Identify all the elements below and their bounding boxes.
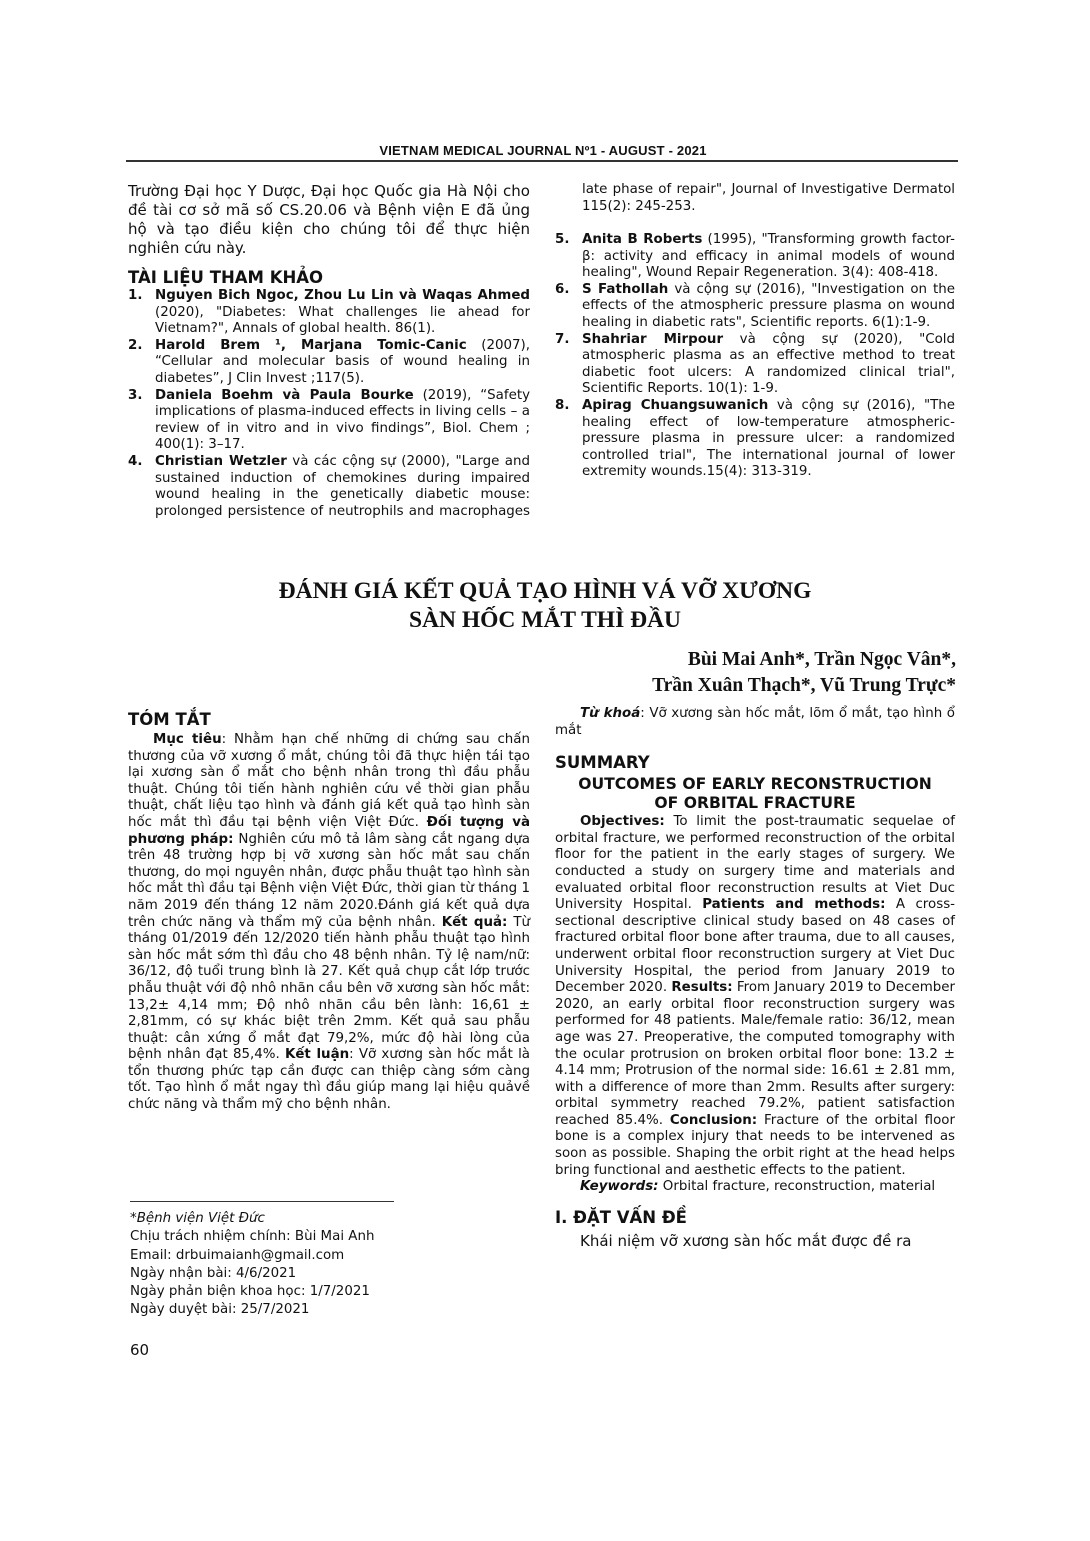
- intro-text: Khái niệm vỡ xương sàn hốc mắt được đề r…: [555, 1231, 955, 1251]
- references-column-left: Trường Đại học Y Dược, Đại học Quốc gia …: [128, 182, 530, 520]
- reference-item: 5.Anita B Roberts (1995), "Transforming …: [555, 232, 955, 282]
- reference-item: 8.Apirag Chuangsuwanich và cộng sự (2016…: [555, 398, 955, 481]
- reference-item: 4.Christian Wetzler và các cộng sự (2000…: [128, 454, 530, 520]
- reference-item: 2.Harold Brem ¹, Marjana Tomic-Canic (20…: [128, 338, 530, 388]
- abstract-vietnamese: TÓM TẮT Mục tiêu: Nhằm hạn chế những di …: [128, 710, 530, 1114]
- affiliation: *Bệnh viện Việt Đức: [130, 1210, 530, 1228]
- article-title: ĐÁNH GIÁ KẾT QUẢ TẠO HÌNH VÁ VỠ XƯƠNG SÀ…: [200, 577, 890, 635]
- abstract-english-column: Từ khoá: Vỡ xương sàn hốc mắt, lõm ổ mắt…: [555, 706, 955, 1251]
- email: Email: drbuimaianh@gmail.com: [130, 1247, 530, 1265]
- acknowledgement: Trường Đại học Y Dược, Đại học Quốc gia …: [128, 182, 530, 258]
- page-number: 60: [130, 1341, 149, 1359]
- footnotes: *Bệnh viện Việt Đức Chịu trách nhiệm chí…: [130, 1210, 530, 1320]
- references-heading: TÀI LIỆU THAM KHẢO: [128, 268, 530, 288]
- reference-item: 6.S Fathollah và cộng sự (2016), "Invest…: [555, 282, 955, 332]
- summary-title: OUTCOMES OF EARLY RECONSTRUCTION OF ORBI…: [555, 775, 955, 813]
- references-column-right: 4.Christian Wetzler và các cộng sự (2000…: [555, 182, 955, 481]
- date-accepted: Ngày duyệt bài: 25/7/2021: [130, 1301, 530, 1319]
- summary-heading: SUMMARY: [555, 753, 955, 773]
- reference-item: 1.Nguyen Bich Ngoc, Zhou Lu Lin và Waqas…: [128, 288, 530, 338]
- keywords-vietnamese: Từ khoá: Vỡ xương sàn hốc mắt, lõm ổ mắt…: [555, 706, 955, 739]
- abstract-heading: TÓM TẮT: [128, 710, 530, 730]
- summary-body: Objectives: To limit the post-traumatic …: [555, 814, 955, 1179]
- reference-item: 3.Daniela Boehm và Paula Bourke (2019), …: [128, 388, 530, 454]
- article-authors: Bùi Mai Anh*, Trần Ngọc Vân*, Trần Xuân …: [500, 647, 956, 699]
- header-rule: [126, 160, 958, 162]
- intro-heading: I. ĐẶT VẤN ĐỀ: [555, 1208, 955, 1228]
- corresponding-author: Chịu trách nhiệm chính: Bùi Mai Anh: [130, 1228, 530, 1246]
- date-received: Ngày nhận bài: 4/6/2021: [130, 1265, 530, 1283]
- date-reviewed: Ngày phản biện khoa học: 1/7/2021: [130, 1283, 530, 1301]
- reference-item: 7.Shahriar Mirpour và cộng sự (2020), "C…: [555, 332, 955, 398]
- journal-page: VIETNAM MEDICAL JOURNAL Nº1 - AUGUST - 2…: [0, 0, 1090, 1541]
- abstract-body: Mục tiêu: Nhằm hạn chế những di chứng sa…: [128, 732, 530, 1114]
- reference-continuation: 4.Christian Wetzler và các cộng sự (2000…: [555, 182, 955, 232]
- footnote-rule: [130, 1201, 394, 1202]
- running-header: VIETNAM MEDICAL JOURNAL Nº1 - AUGUST - 2…: [128, 143, 958, 158]
- keywords-english: Keywords: Orbital fracture, reconstructi…: [555, 1179, 955, 1196]
